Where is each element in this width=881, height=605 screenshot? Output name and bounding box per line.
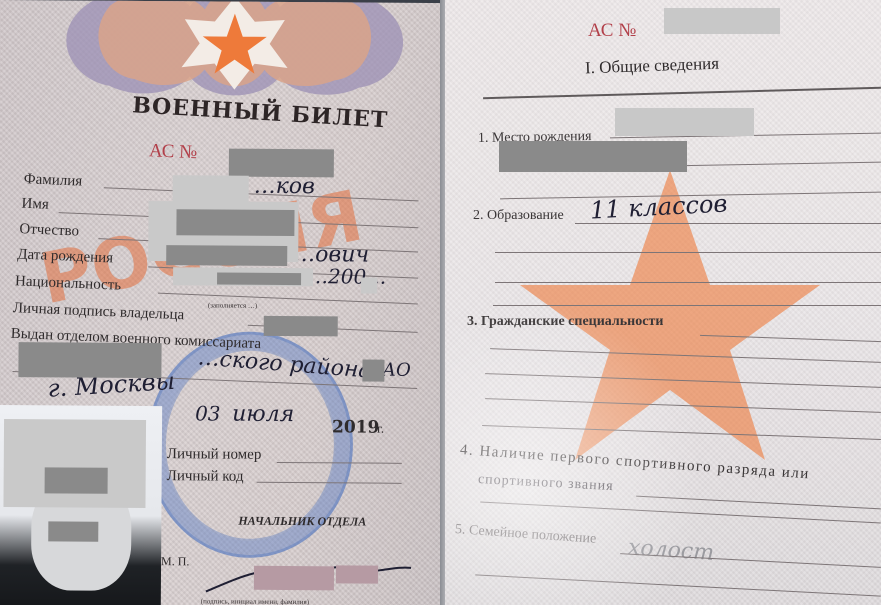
redacted-value: [18, 342, 161, 378]
redacted-serial: [664, 8, 780, 34]
personal-number-label: Личный номер: [167, 446, 262, 464]
field-label-owner-signature: Личная подпись владельца: [13, 300, 185, 324]
redacted-value: [217, 273, 301, 286]
field-label-surname: Фамилия: [23, 171, 82, 190]
redacted-signature: [336, 565, 378, 583]
redacted-value: [166, 245, 287, 266]
field-label-birthdate: Дата рождения: [17, 246, 114, 267]
field-value-surname: …ков: [254, 174, 315, 199]
field-label-nationality: Национальность: [15, 273, 122, 294]
serial-number-label: АС №: [588, 20, 636, 42]
redacted-photo-eyes: [3, 419, 146, 508]
signature-caption: (подпись, инициал имени, фамилия): [201, 597, 309, 605]
issue-year: 2019: [332, 417, 379, 437]
field-line: [493, 305, 881, 306]
personal-code-label: Личный код: [167, 468, 244, 486]
item-3-label: Гражданские специальности: [481, 314, 663, 329]
field-label-name: Имя: [21, 196, 49, 214]
redacted-value: [45, 467, 108, 493]
item-2-number: 2. Образование: [473, 208, 564, 224]
redacted-value: [615, 108, 754, 136]
item-3-number: 3. Гражданские специальности: [467, 314, 663, 330]
field-label-patronymic: Отчество: [19, 221, 79, 240]
year-suffix: г.: [377, 421, 384, 437]
item-2-label: Образование: [487, 208, 564, 223]
redacted-value: [499, 141, 687, 172]
seal-label: М. П.: [161, 554, 189, 569]
redacted-value: [48, 521, 98, 541]
redacted-value: [264, 316, 338, 337]
field-line: [495, 252, 881, 253]
star-emblem-icon: [49, 0, 420, 103]
field-line: [158, 293, 418, 305]
redacted-value: [361, 278, 377, 294]
issued-by-suffix: АО: [382, 360, 411, 381]
field-line: [575, 223, 881, 224]
signature-hint: (заполняется …): [208, 301, 257, 309]
redacted-value: [362, 360, 384, 382]
serial-number-label: АС №: [149, 140, 198, 164]
redacted-value: [176, 209, 294, 236]
issue-day: 03: [195, 401, 221, 425]
left-page: ВОЕННЫЙ БИЛЕТ АС № РОССИЯ Фамилия …ков И…: [0, 0, 445, 605]
field-line: [495, 282, 881, 283]
issue-month: июля: [232, 402, 294, 427]
chief-label: НАЧАЛЬНИК ОТДЕЛА: [238, 514, 366, 530]
redacted-signature: [254, 566, 334, 591]
